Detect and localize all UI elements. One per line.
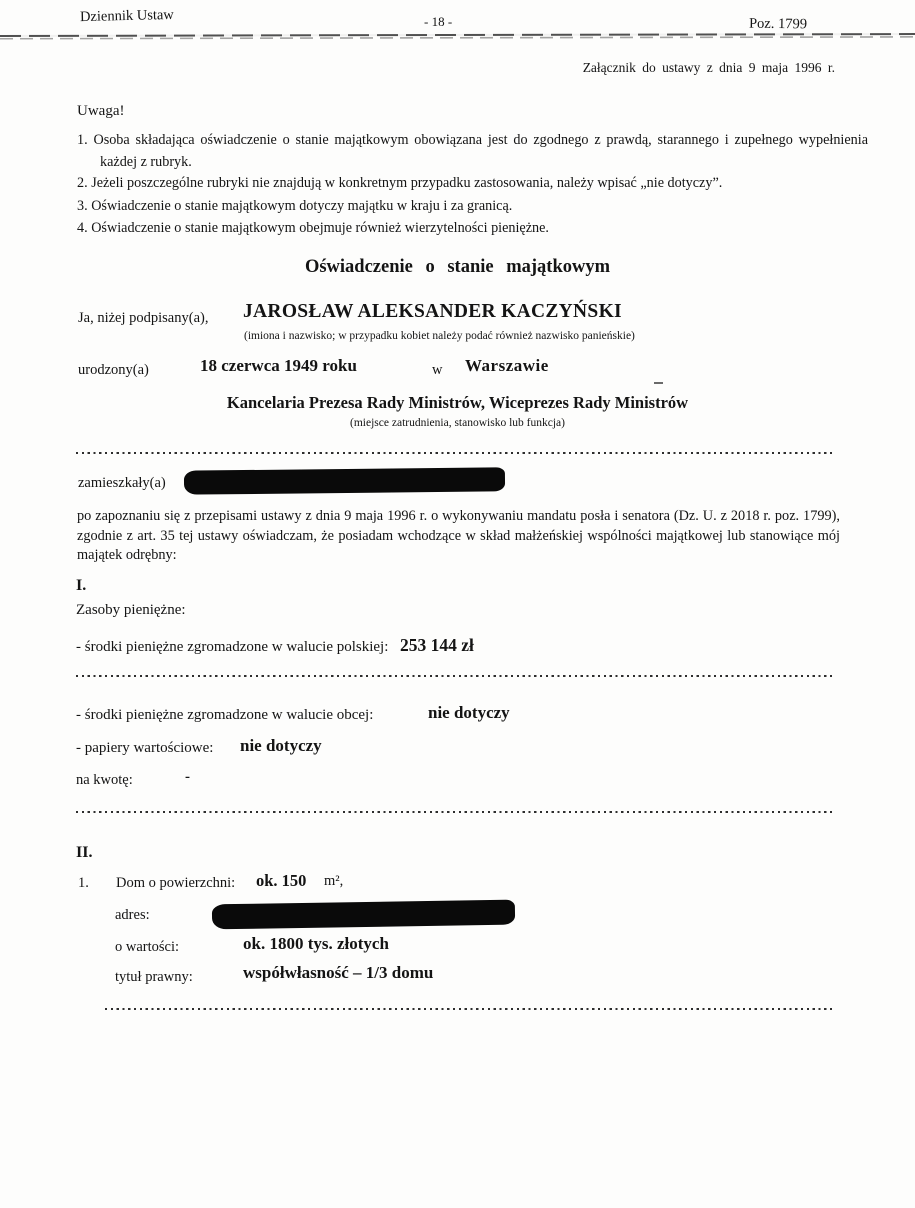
employment-line: Kancelaria Prezesa Rady Ministrów, Wicep…	[0, 393, 915, 413]
securities-label: - papiery wartościowe:	[76, 740, 213, 757]
dotted-line	[105, 1008, 833, 1011]
attachment-note: Załącznik do ustawy z dnia 9 maja 1996 r…	[535, 60, 835, 76]
notice-item: 2. Jeżeli poszczególne rubryki nie znajd…	[77, 173, 880, 195]
in-word: w	[432, 362, 442, 379]
position-number: Poz. 1799	[749, 16, 807, 34]
notice-title: Uwaga!	[77, 103, 124, 120]
house-area-unit: m²,	[324, 873, 343, 890]
employment-caption: (miejsce zatrudnienia, stanowisko lub fu…	[0, 417, 915, 429]
legal-title-value: współwłasność – 1/3 domu	[243, 963, 433, 983]
foreign-currency-label: - środki pieniężne zgromadzone w walucie…	[76, 707, 373, 724]
dotted-line	[76, 452, 836, 455]
redaction-bar-residence	[184, 467, 505, 494]
header-rule	[0, 32, 915, 41]
property-value-label: o wartości:	[115, 939, 179, 956]
amount-value: -	[185, 769, 190, 786]
journal-title: Dziennik Ustaw	[80, 7, 174, 26]
declarant-name: JAROSŁAW ALEKSANDER KACZYŃSKI	[243, 301, 622, 323]
foreign-currency-value: nie dotyczy	[428, 703, 510, 723]
section-1-heading: Zasoby pieniężne:	[76, 602, 186, 619]
name-caption: (imiona i nazwisko; w przypadku kobiet n…	[244, 330, 635, 342]
declarant-intro-label: Ja, niżej podpisany(a),	[78, 310, 208, 327]
amount-label: na kwotę:	[76, 772, 133, 789]
legal-paragraph: po zapoznaniu się z przepisami ustawy z …	[77, 507, 840, 566]
house-area-label: Dom o powierzchni:	[116, 875, 235, 892]
house-area-value: ok. 150	[256, 871, 306, 891]
birth-place: Warszawie	[465, 356, 549, 376]
birth-label: urodzony(a)	[78, 362, 149, 379]
house-item-number: 1.	[78, 875, 89, 892]
notice-item: 3. Oświadczenie o stanie majątkowym doty…	[77, 196, 880, 218]
section-2-number: II.	[76, 844, 92, 862]
notice-item: 1. Osoba składająca oświadczenie o stani…	[77, 130, 868, 173]
securities-value: nie dotyczy	[240, 736, 322, 756]
birth-date: 18 czerwca 1949 roku	[200, 356, 357, 376]
polish-currency-value: 253 144 zł	[400, 635, 474, 656]
page-number: - 18 -	[424, 14, 452, 30]
legal-title-label: tytuł prawny:	[115, 969, 193, 986]
scan-artifact	[654, 382, 663, 384]
polish-currency-label: - środki pieniężne zgromadzone w walucie…	[76, 639, 388, 656]
redaction-bar-address	[212, 900, 515, 930]
section-1-number: I.	[76, 577, 86, 595]
residence-label: zamieszkały(a)	[78, 475, 166, 492]
property-value: ok. 1800 tys. złotych	[243, 934, 389, 954]
address-label: adres:	[115, 907, 150, 924]
document-title: Oświadczenie o stanie majątkowym	[0, 257, 915, 278]
notice-item: 4. Oświadczenie o stanie majątkowym obej…	[77, 218, 880, 240]
dotted-line	[76, 675, 834, 678]
dotted-line	[76, 811, 834, 814]
